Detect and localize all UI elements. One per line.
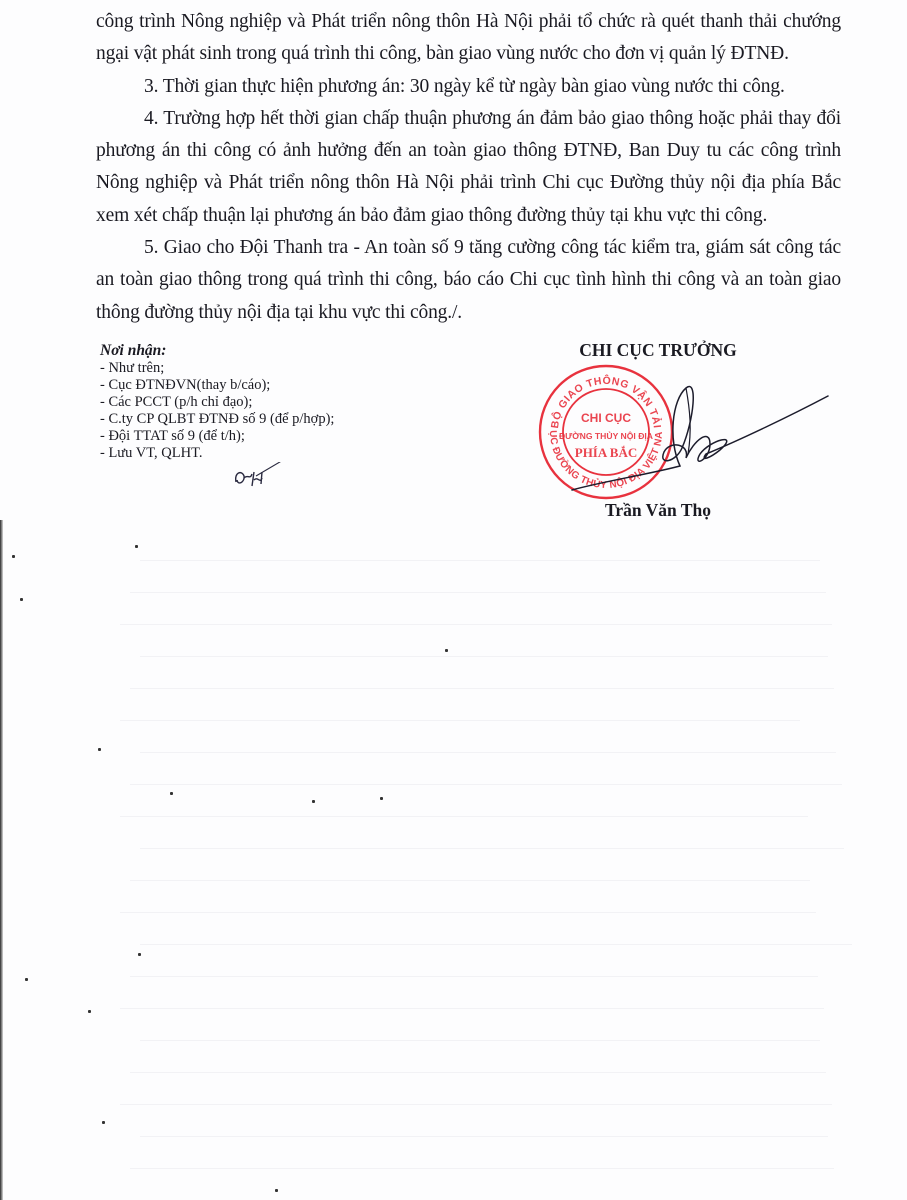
- signer-name: Trần Văn Thọ: [538, 500, 778, 521]
- signer-title: CHI CỤC TRƯỞNG: [538, 340, 778, 361]
- paragraph-4: 4. Trường hợp hết thời gian chấp thuận p…: [96, 103, 841, 232]
- paragraph-2-continuation: công trình Nông nghiệp và Phát triển nôn…: [96, 6, 841, 71]
- recipient-item: - C.ty CP QLBT ĐTNĐ số 9 (để p/hợp);: [100, 411, 334, 428]
- recipients-list: - Như trên; - Cục ĐTNĐVN(thay b/cáo); - …: [100, 360, 334, 462]
- recipient-item: - Lưu VT, QLHT.: [100, 445, 334, 462]
- paragraph-5: 5. Giao cho Đội Thanh tra - An toàn số 9…: [96, 232, 841, 329]
- recipients-block: Nơi nhận: - Như trên; - Cục ĐTNĐVN(thay …: [100, 342, 334, 462]
- scan-page-edge: [0, 520, 3, 1200]
- recipient-item: - Đội TTAT số 9 (để t/h);: [100, 428, 334, 445]
- handwritten-initials-icon: [232, 462, 292, 490]
- recipient-item: - Các PCCT (p/h chỉ đạo);: [100, 394, 334, 411]
- recipient-item: - Cục ĐTNĐVN(thay b/cáo);: [100, 377, 334, 394]
- recipients-heading: Nơi nhận:: [100, 342, 334, 359]
- paragraph-3: 3. Thời gian thực hiện phương án: 30 ngà…: [96, 71, 841, 103]
- handwritten-signature-icon: [560, 370, 830, 510]
- document-body: công trình Nông nghiệp và Phát triển nôn…: [96, 6, 841, 329]
- recipient-item: - Như trên;: [100, 360, 334, 377]
